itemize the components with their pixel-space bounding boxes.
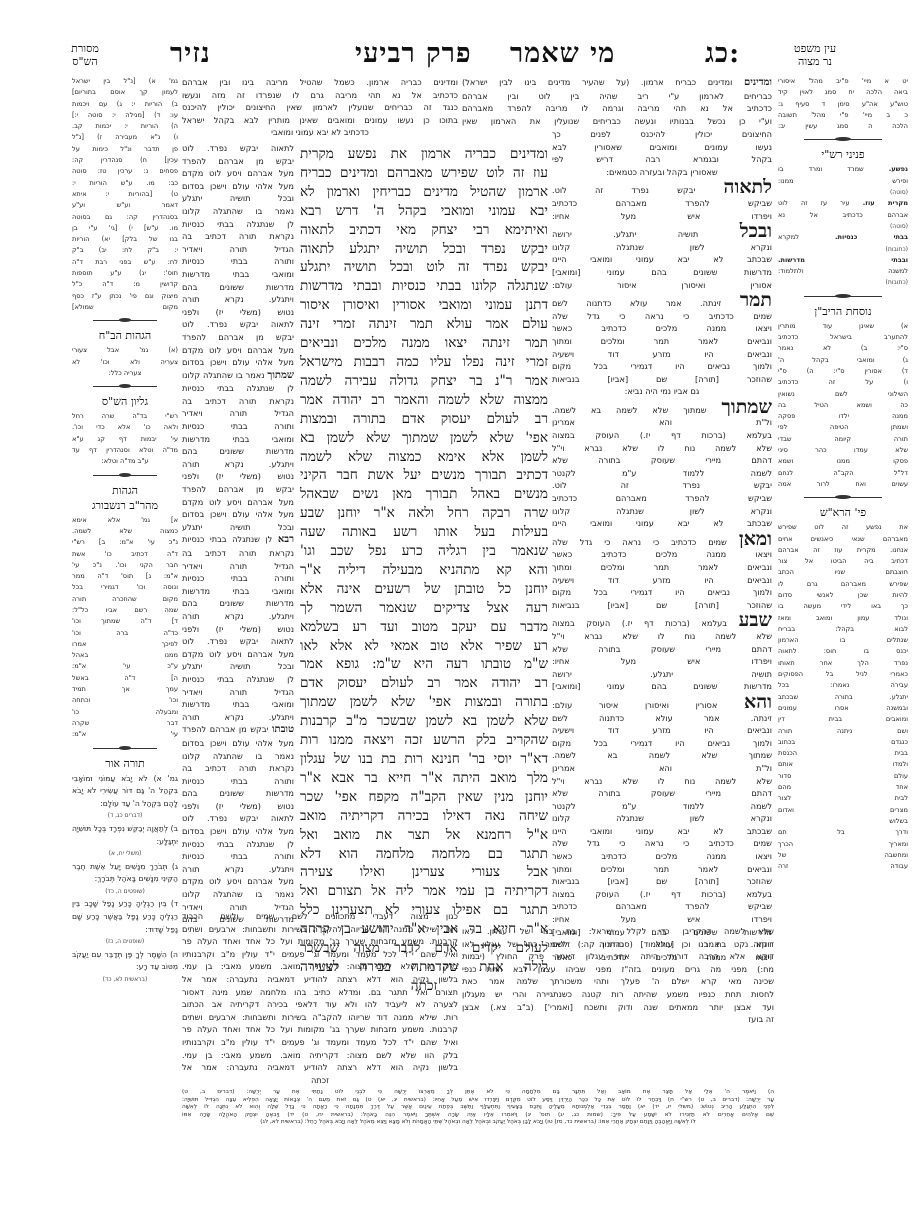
torah-or: תורה אור גמ' א) לֹא יָבֹא עַמּוֹנִי וּמו… (72, 756, 178, 987)
hagahot-maharav: הגהות מהר"ב רנשבורג א] גמ' אלא אימא כמצו… (72, 483, 178, 741)
gemara-text: ומדינים כבריה ארמון את נפשע מקרית עוז זה… (300, 145, 548, 996)
ein-mishpat-label: עין משפט נר מצוה (770, 42, 860, 68)
chapter-title: מי שאמר (510, 38, 615, 69)
mesoret-hashas-label: מסורת הש"ס (55, 42, 115, 68)
footnotes: ה) וַיֹּאמֶר ה' אֵלַי אַל תָּצַר אֶת מוֹ… (182, 1089, 774, 1127)
pnei-rashi: פניני רש"י נפשע. שמרד ומרד בו ופירש ממנו… (778, 147, 908, 288)
tractate-name: נזיר (170, 38, 211, 69)
daf-number: כג: (705, 38, 740, 69)
perek-label: פרק רביעי (355, 38, 472, 69)
tosafot-bottom: שלא לשמה דהקריבן כדי לקלל ישראל: בת בנו … (462, 925, 774, 1026)
hagahot-habach: הגהות הב"ח (א) גמ' אבל צעורי צעריה ולא ו… (72, 328, 178, 379)
ornament-divider (72, 382, 178, 391)
ornament-divider (778, 493, 908, 502)
tosafot-column: החיצונים יכולין להיכנס לפנים כך נעשו עמו… (552, 128, 772, 963)
rashi-column: לתאוה יבקש נפרד. לוט יבקש מן אברהם להפרד… (182, 142, 294, 926)
left-margin: גמ' א) [נ"ל בין ישראל לעמון קך אוסם בתור… (72, 76, 178, 987)
nusach-haribaz: נוסחת הריב"ן א) שאינן עוד מותרין להתערב … (778, 304, 908, 490)
dibur-hamatchil: ומדינים (744, 77, 772, 88)
right-margin: יט א מיי' פ"יב מהל' איסורי ביאה הלכה יח … (778, 76, 908, 872)
ein-mishpat: יט א מיי' פ"יב מהל' איסורי ביאה הלכה יח … (778, 76, 908, 132)
ornament-divider (778, 135, 908, 144)
gilyon-hashas: גליון הש"ס רש"י בד"ה שרה רחל ולאה כו' אל… (72, 394, 178, 467)
rashi-top: ומדינים כבריה ארמון. כשמל שהטיל מריבה בי… (182, 76, 458, 139)
tosafot-top: ומדינים ומדינים כבריח ארמון. (על שהעיר מ… (462, 76, 772, 127)
rashi-bottom: כגון מצוה דעבדי מתכוונים לשם שמים ולשם ה… (182, 910, 458, 1086)
mesoret-hashas: גמ' א) [נ"ל בין ישראל לעמון קך אוסם בתור… (72, 76, 178, 313)
ornament-divider (72, 316, 178, 325)
ornament-divider (72, 471, 178, 480)
ornament-divider (72, 744, 178, 753)
page-header: עין משפט נר מצוה כג: מי שאמר פרק רביעי נ… (0, 38, 914, 74)
ornament-divider (778, 292, 908, 301)
pi-harosh: פי' הרא"ש את נפשע זה לוט שפירש מאברהם שנ… (778, 505, 908, 872)
